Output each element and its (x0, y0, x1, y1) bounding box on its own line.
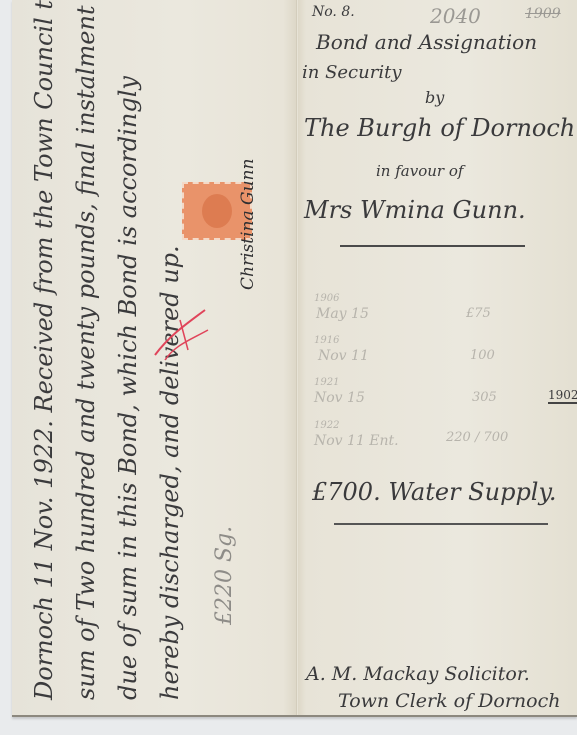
ledger-date: May 15 (316, 306, 369, 322)
ledger-amount: 100 (470, 348, 495, 363)
title-line-1: Bond and Assignation (316, 30, 537, 54)
by-label: by (425, 88, 444, 107)
ledger-year: 1916 (314, 335, 339, 346)
footer-town-clerk: Town Clerk of Dornoch (338, 690, 561, 712)
ledger-date: Nov 15 (314, 390, 365, 406)
ledger-year: 1922 (314, 420, 339, 431)
signature: Christina Gunn (238, 159, 258, 290)
beneficiary-name: Mrs Wmina Gunn. (304, 196, 526, 224)
king-head-icon (202, 194, 232, 228)
receipt-line-1: Dornoch 11 Nov. 1922. Received from the … (30, 0, 58, 700)
struck-number: 1909 (525, 6, 561, 22)
in-favour-label: in favour of (376, 162, 463, 180)
pencil-number: 2040 (430, 4, 481, 28)
ledger-year: 1906 (314, 293, 339, 304)
red-ink-mark (150, 305, 210, 365)
receipt-line-2: sum of Two hundred and twenty pounds, fi… (72, 5, 100, 700)
title-line-2: in Security (302, 62, 402, 83)
subject-underline (334, 523, 548, 525)
receipt-line-3: due of sum in this Bond, which Bond is a… (114, 76, 142, 700)
amount-note: £220 Sg. (212, 526, 237, 625)
footer-solicitor: A. M. Mackay Solicitor. (306, 663, 530, 685)
title-underline (340, 245, 525, 247)
ledger-amount: £75 (466, 306, 491, 321)
subject-line: £700. Water Supply. (312, 478, 556, 506)
ledger-date: Nov 11 (318, 348, 369, 364)
ledger-amount: 220 / 700 (446, 430, 508, 445)
margin-year: 1902 (548, 388, 577, 404)
page-fold (296, 0, 298, 715)
document-number: No. 8. (312, 4, 355, 20)
ledger-date: Nov 11 Ent. (314, 433, 399, 449)
ledger-year: 1921 (314, 377, 339, 388)
ledger-amount: 305 (472, 390, 497, 405)
party-name: The Burgh of Dornoch (304, 114, 575, 142)
